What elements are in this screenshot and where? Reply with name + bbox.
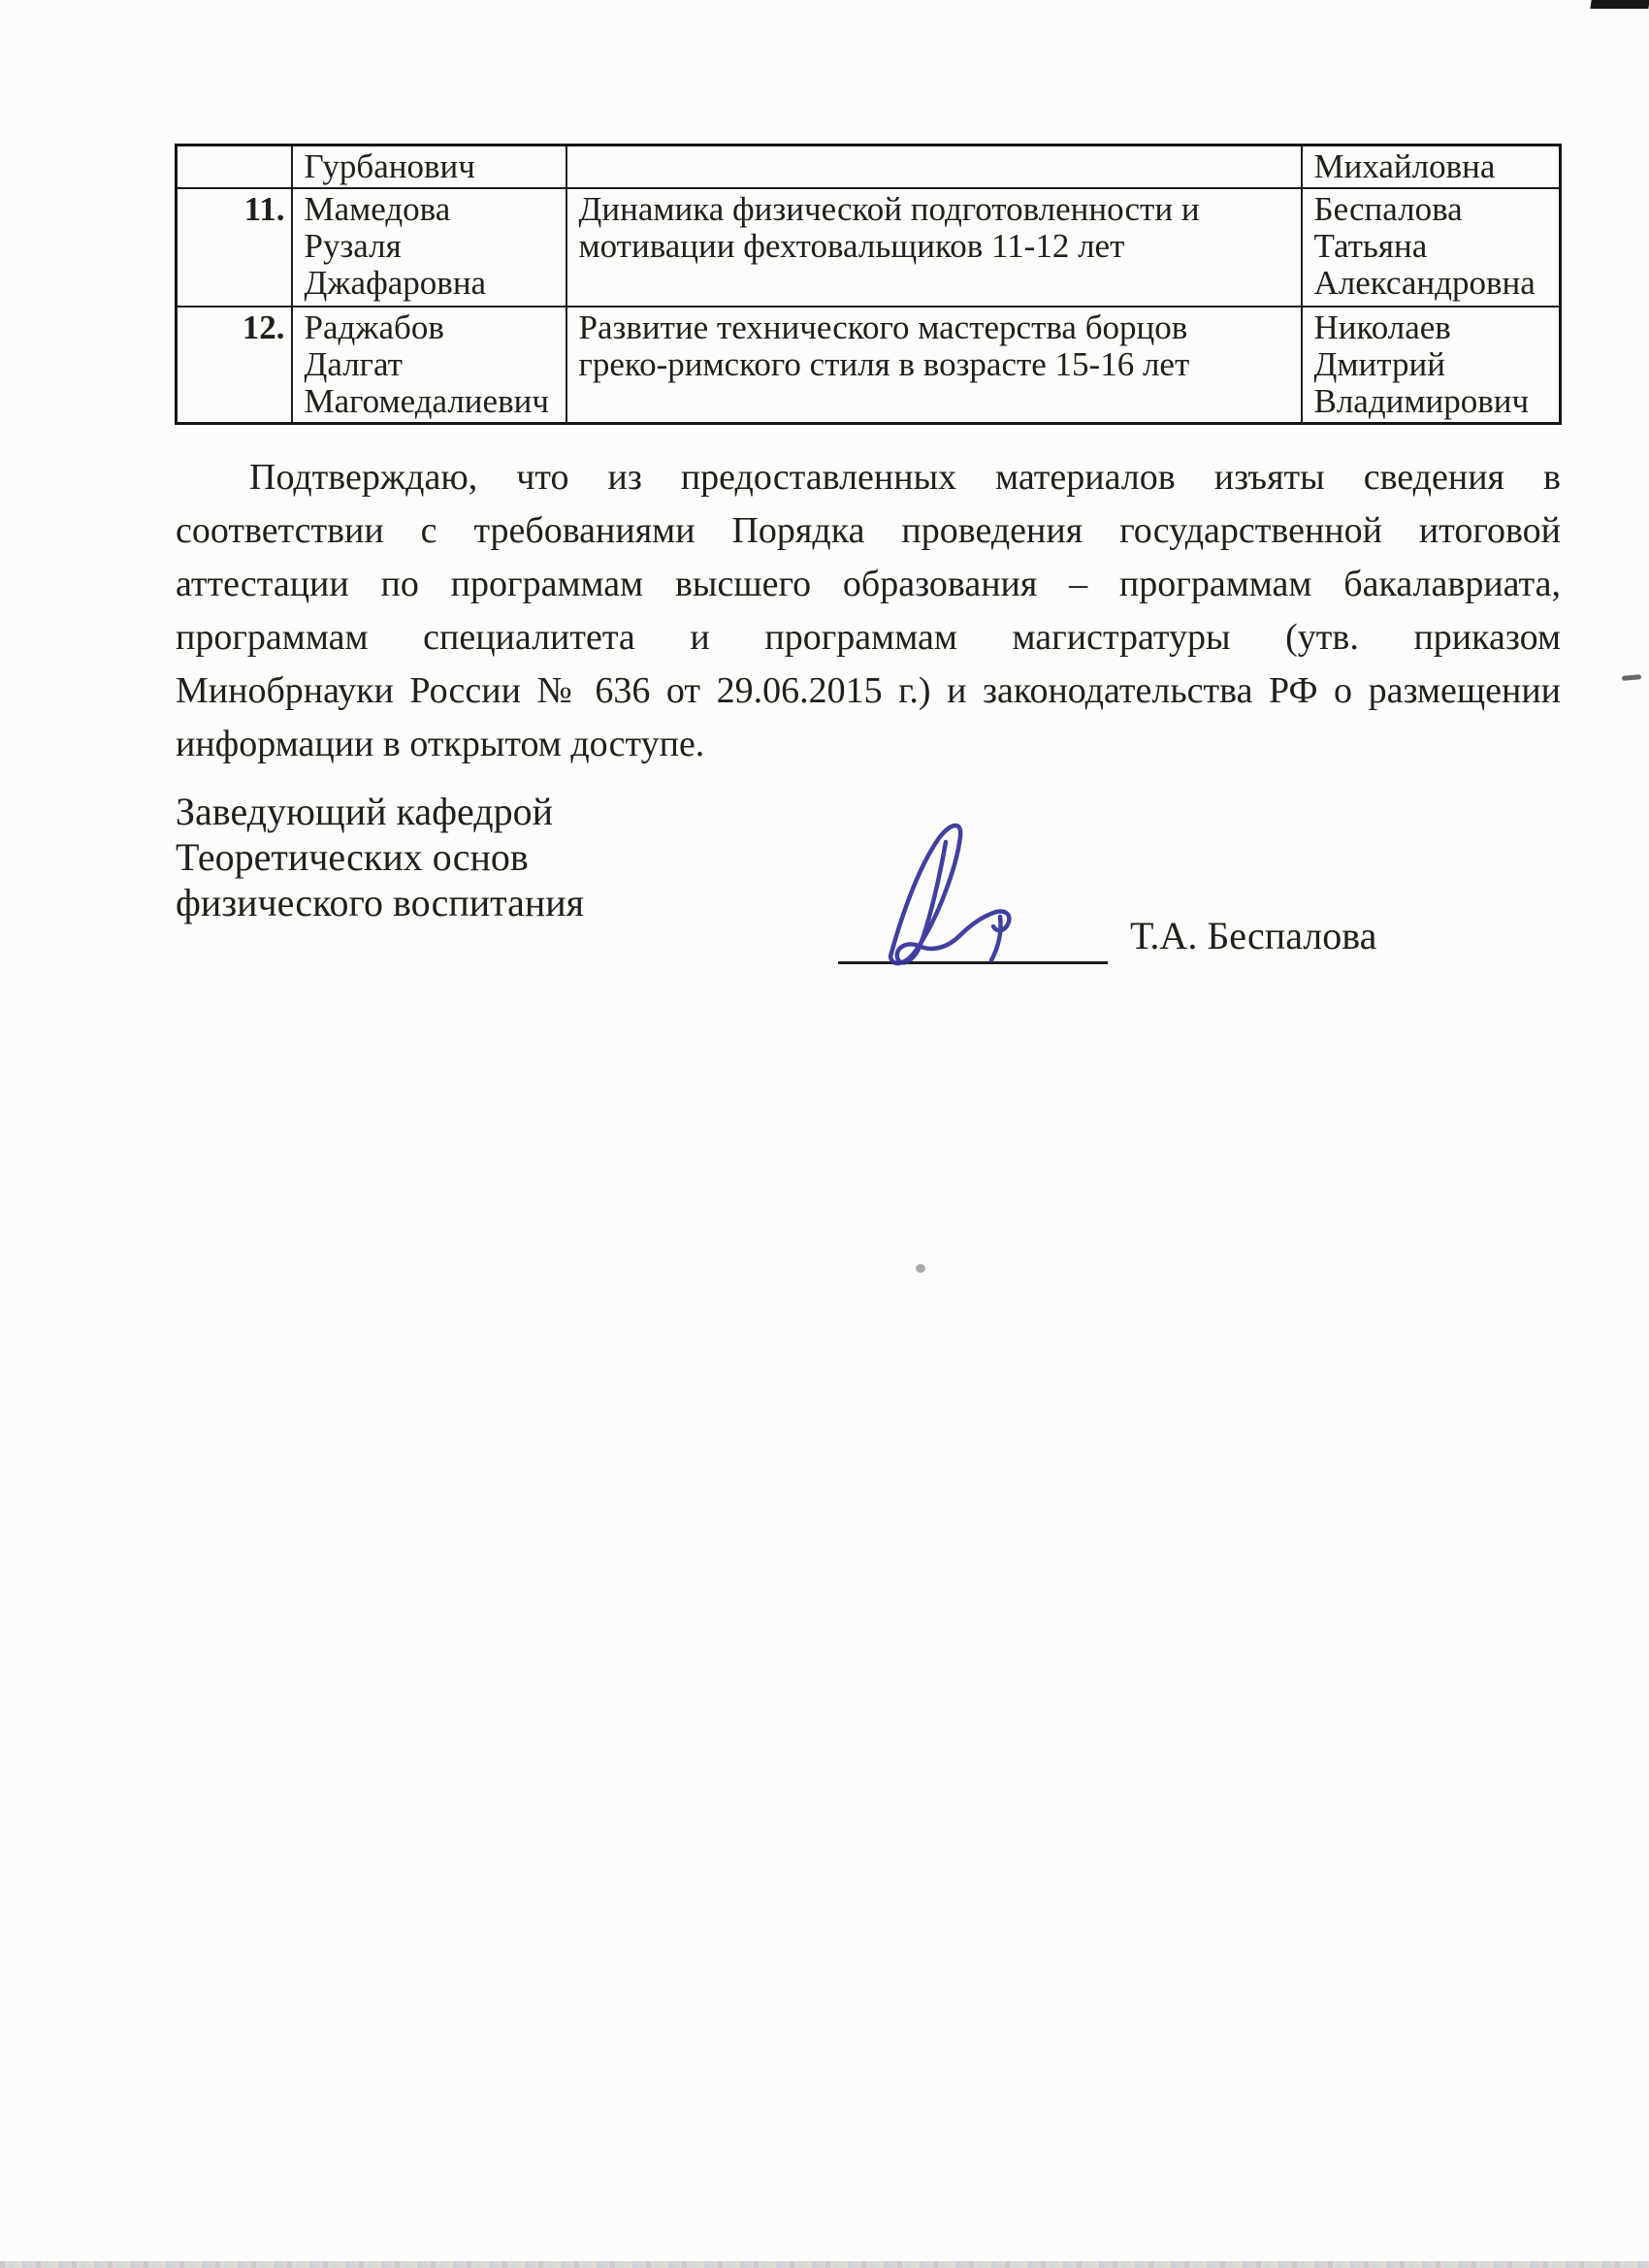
- confirmation-paragraph: Подтверждаю, что из предоставленных мате…: [176, 451, 1561, 771]
- paragraph-line: соответствии с требованиями Порядка пров…: [176, 504, 1561, 558]
- row-number-cell: 12.: [177, 307, 292, 424]
- scanner-noise-band: [0, 2261, 1649, 2268]
- handwritten-signature: [854, 813, 1067, 973]
- signer-position-title: Заведующий кафедройТеоретических основфи…: [176, 789, 584, 925]
- thesis-topic-cell: Динамика физической подготовленности имо…: [566, 188, 1302, 307]
- student-name-cell: МамедоваРузаляДжафаровна: [292, 188, 566, 307]
- pen-dash-artifact: [1622, 674, 1641, 681]
- scanned-document-page: Гурбанович Михайловна 11. МамедоваРузаля…: [0, 0, 1649, 2268]
- table-row: Гурбанович Михайловна: [177, 146, 1561, 189]
- paragraph-line: Подтверждаю, что из предоставленных мате…: [176, 451, 1561, 504]
- signer-name: Т.А. Беспалова: [1130, 913, 1376, 958]
- table-row: 12. РаджабовДалгатМагомедалиевич Развити…: [177, 307, 1561, 424]
- paragraph-line: информации в открытом доступе.: [176, 718, 1561, 771]
- thesis-table: Гурбанович Михайловна 11. МамедоваРузаля…: [175, 144, 1562, 425]
- row-number-cell: 11.: [177, 188, 292, 307]
- table-row: 11. МамедоваРузаляДжафаровна Динамика фи…: [177, 188, 1561, 307]
- speck-artifact: [916, 1264, 925, 1273]
- paragraph-line: Минобрнауки России № 636 от 29.06.2015 г…: [176, 664, 1561, 718]
- supervisor-cell: Михайловна: [1302, 146, 1561, 189]
- student-name-cell: РаджабовДалгатМагомедалиевич: [292, 307, 566, 424]
- paragraph-line: программам специалитета и программам маг…: [176, 611, 1561, 664]
- scan-edge-mark: [1590, 0, 1649, 9]
- thesis-topic-cell: Развитие технического мастерства борцовг…: [566, 307, 1302, 424]
- supervisor-cell: НиколаевДмитрийВладимирович: [1302, 307, 1561, 424]
- paragraph-line: аттестации по программам высшего образов…: [176, 558, 1561, 611]
- supervisor-cell: БеспаловаТатьянаАлександровна: [1302, 188, 1561, 307]
- row-number-cell: [177, 146, 292, 189]
- thesis-topic-cell: [566, 146, 1302, 189]
- student-name-cell: Гурбанович: [292, 146, 566, 189]
